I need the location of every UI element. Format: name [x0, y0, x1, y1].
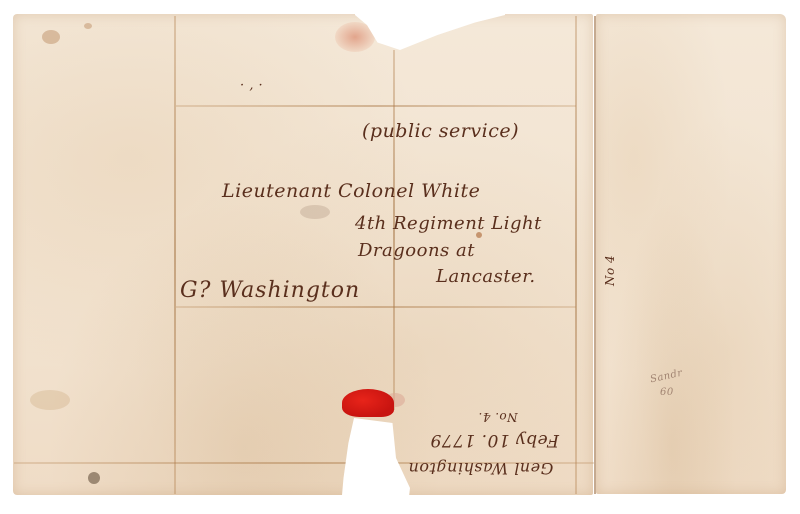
- fold-line: [594, 16, 596, 494]
- fold-line: [176, 105, 576, 107]
- flap-notation: No 4: [603, 255, 617, 286]
- docket-line-3: Genl Washington: [408, 459, 553, 478]
- stain: [88, 472, 100, 484]
- stain: [30, 390, 70, 410]
- franking-note: (public service): [362, 120, 519, 142]
- address-line-4: Lancaster.: [436, 266, 536, 287]
- ink-marks: · ‚ ·: [240, 78, 263, 93]
- signature: G? Washington: [180, 278, 360, 303]
- letter-side-flap: [596, 14, 786, 494]
- ink-smudge: [300, 205, 330, 219]
- address-line-1: Lieutenant Colonel White: [222, 180, 480, 202]
- address-line-2: 4th Regiment Light: [355, 213, 542, 234]
- fold-line: [575, 16, 577, 494]
- fold-line: [176, 306, 576, 308]
- stain: [84, 23, 92, 29]
- fold-line: [174, 16, 176, 494]
- pencil-note-2: 60: [660, 387, 674, 398]
- docket-line-2: Feby 10. 1779: [430, 430, 559, 450]
- docket-line-1: No. 4.: [478, 410, 518, 424]
- address-line-3: Dragoons at: [358, 240, 475, 261]
- stain: [42, 30, 60, 44]
- red-wax-seal: [342, 389, 394, 417]
